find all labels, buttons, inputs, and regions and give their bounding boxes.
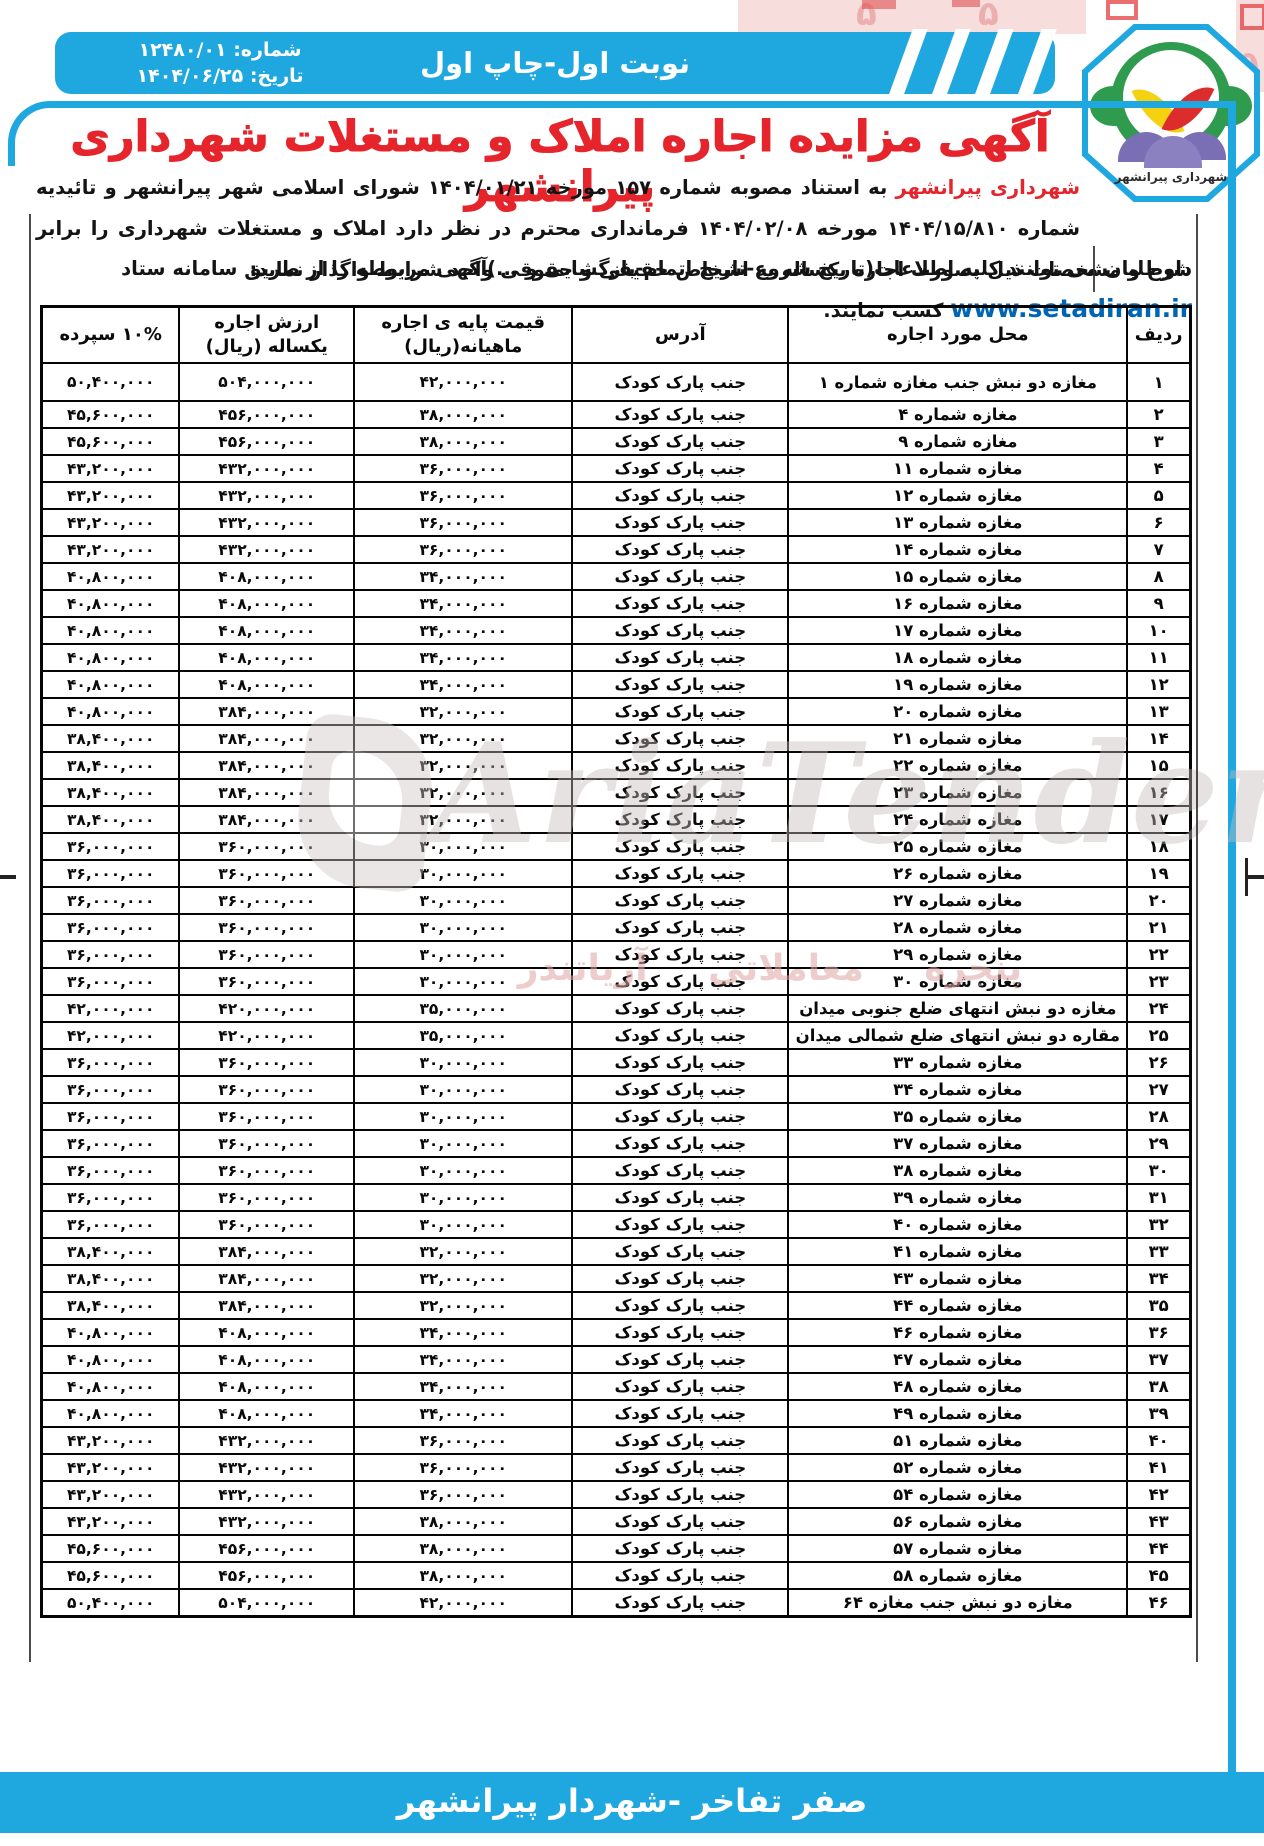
cell-row-number: ۲۵ <box>1127 1022 1190 1049</box>
cell-yearly-value: ۴۲۰,۰۰۰,۰۰۰ <box>179 995 354 1022</box>
masthead-bar: شماره: ۱۲۴۸۰/۰۱ تاریخ: ۱۴۰۴/۰۶/۲۵ نوبت ا… <box>55 32 1055 94</box>
cell-monthly-rent: ۴۲,۰۰۰,۰۰۰ <box>354 1589 572 1617</box>
cell-yearly-value: ۴۰۸,۰۰۰,۰۰۰ <box>179 590 354 617</box>
cell-place: مغازه شماره ۵۷ <box>788 1535 1127 1562</box>
table-row: ۲۱مغازه شماره ۲۸جنب پارک کودک۳۰,۰۰۰,۰۰۰۳… <box>42 914 1191 941</box>
cell-place: مغازه شماره ۲۹ <box>788 941 1127 968</box>
cell-row-number: ۲۴ <box>1127 995 1190 1022</box>
cell-yearly-value: ۴۰۸,۰۰۰,۰۰۰ <box>179 1319 354 1346</box>
cell-row-number: ۲۷ <box>1127 1076 1190 1103</box>
cell-address: جنب پارک کودک <box>572 1049 788 1076</box>
cell-address: جنب پارک کودک <box>572 806 788 833</box>
cell-row-number: ۲ <box>1127 401 1190 428</box>
cell-row-number: ۱۰ <box>1127 617 1190 644</box>
cell-place: مغازه شماره ۲۳ <box>788 779 1127 806</box>
cell-address: جنب پارک کودک <box>572 563 788 590</box>
table-row: ۷مغازه شماره ۱۴جنب پارک کودک۳۶,۰۰۰,۰۰۰۴۳… <box>42 536 1191 563</box>
table-row: ۴مغازه شماره ۱۱جنب پارک کودک۳۶,۰۰۰,۰۰۰۴۳… <box>42 455 1191 482</box>
table-row: ۳۹مغازه شماره ۴۹جنب پارک کودک۳۴,۰۰۰,۰۰۰۴… <box>42 1400 1191 1427</box>
cell-monthly-rent: ۳۶,۰۰۰,۰۰۰ <box>354 1427 572 1454</box>
cell-deposit: ۳۸,۴۰۰,۰۰۰ <box>42 806 180 833</box>
cell-place: مغازه شماره ۱۹ <box>788 671 1127 698</box>
cell-row-number: ۳۴ <box>1127 1265 1190 1292</box>
cell-address: جنب پارک کودک <box>572 428 788 455</box>
cell-monthly-rent: ۳۰,۰۰۰,۰۰۰ <box>354 1130 572 1157</box>
table-row: ۴۲مغازه شماره ۵۴جنب پارک کودک۳۶,۰۰۰,۰۰۰۴… <box>42 1481 1191 1508</box>
table-row: ۳۸مغازه شماره ۴۸جنب پارک کودک۳۴,۰۰۰,۰۰۰۴… <box>42 1373 1191 1400</box>
cell-address: جنب پارک کودک <box>572 1022 788 1049</box>
register-mark-right <box>1248 875 1264 879</box>
table-row: ۴۶مغازه دو نبش جنب مغازه ۶۴جنب پارک کودک… <box>42 1589 1191 1617</box>
cell-deposit: ۳۶,۰۰۰,۰۰۰ <box>42 968 180 995</box>
header-place: محل مورد اجاره <box>788 307 1127 364</box>
table-row: ۳۱مغازه شماره ۳۹جنب پارک کودک۳۰,۰۰۰,۰۰۰۳… <box>42 1184 1191 1211</box>
cell-yearly-value: ۴۳۲,۰۰۰,۰۰۰ <box>179 1427 354 1454</box>
cell-monthly-rent: ۳۰,۰۰۰,۰۰۰ <box>354 833 572 860</box>
table-row: ۲۷مغازه شماره ۳۴جنب پارک کودک۳۰,۰۰۰,۰۰۰۳… <box>42 1076 1191 1103</box>
cell-deposit: ۴۳,۲۰۰,۰۰۰ <box>42 509 180 536</box>
table-row: ۸مغازه شماره ۱۵جنب پارک کودک۳۴,۰۰۰,۰۰۰۴۰… <box>42 563 1191 590</box>
cell-yearly-value: ۳۶۰,۰۰۰,۰۰۰ <box>179 1157 354 1184</box>
table-row: ۲۹مغازه شماره ۳۷جنب پارک کودک۳۰,۰۰۰,۰۰۰۳… <box>42 1130 1191 1157</box>
cell-address: جنب پارک کودک <box>572 1184 788 1211</box>
cell-address: جنب پارک کودک <box>572 1454 788 1481</box>
cell-place: مغازه شماره ۳۹ <box>788 1184 1127 1211</box>
footer-bar: صفر تفاخر -شهردار پیرانشهر <box>0 1772 1264 1833</box>
cell-place: مغازه شماره ۳۷ <box>788 1130 1127 1157</box>
cell-address: جنب پارک کودک <box>572 1427 788 1454</box>
cell-deposit: ۴۰,۸۰۰,۰۰۰ <box>42 1319 180 1346</box>
cell-monthly-rent: ۳۰,۰۰۰,۰۰۰ <box>354 1049 572 1076</box>
cell-address: جنب پارک کودک <box>572 1589 788 1617</box>
cell-monthly-rent: ۳۰,۰۰۰,۰۰۰ <box>354 968 572 995</box>
header-yearly-value: ارزش اجاره یکساله (ریال) <box>179 307 354 364</box>
cell-deposit: ۳۶,۰۰۰,۰۰۰ <box>42 1157 180 1184</box>
cell-row-number: ۱۹ <box>1127 860 1190 887</box>
table-row: ۴۱مغازه شماره ۵۲جنب پارک کودک۳۶,۰۰۰,۰۰۰۴… <box>42 1454 1191 1481</box>
cell-yearly-value: ۳۶۰,۰۰۰,۰۰۰ <box>179 887 354 914</box>
cell-monthly-rent: ۳۲,۰۰۰,۰۰۰ <box>354 1292 572 1319</box>
cell-yearly-value: ۳۶۰,۰۰۰,۰۰۰ <box>179 1130 354 1157</box>
cell-deposit: ۳۶,۰۰۰,۰۰۰ <box>42 1130 180 1157</box>
header-address: آدرس <box>572 307 788 364</box>
cell-deposit: ۴۳,۲۰۰,۰۰۰ <box>42 1481 180 1508</box>
register-mark-right-v <box>1245 858 1248 896</box>
table-row: ۱۴مغازه شماره ۲۱جنب پارک کودک۳۲,۰۰۰,۰۰۰۳… <box>42 725 1191 752</box>
cell-yearly-value: ۴۰۸,۰۰۰,۰۰۰ <box>179 1373 354 1400</box>
cell-address: جنب پارک کودک <box>572 1535 788 1562</box>
cell-deposit: ۳۸,۴۰۰,۰۰۰ <box>42 752 180 779</box>
cell-place: مغازه شماره ۵۴ <box>788 1481 1127 1508</box>
cell-monthly-rent: ۳۵,۰۰۰,۰۰۰ <box>354 995 572 1022</box>
column-rule-left <box>29 214 31 1662</box>
bar-stripe <box>887 29 927 99</box>
cell-row-number: ۵ <box>1127 482 1190 509</box>
cell-deposit: ۳۸,۴۰۰,۰۰۰ <box>42 1292 180 1319</box>
cell-monthly-rent: ۳۲,۰۰۰,۰۰۰ <box>354 779 572 806</box>
cell-yearly-value: ۴۳۲,۰۰۰,۰۰۰ <box>179 1481 354 1508</box>
cell-row-number: ۹ <box>1127 590 1190 617</box>
cell-row-number: ۳۰ <box>1127 1157 1190 1184</box>
cell-place: مغازه شماره ۲۲ <box>788 752 1127 779</box>
cell-row-number: ۴ <box>1127 455 1190 482</box>
newspaper-ad-page: ۵ ۵ ۵ شماره: ۱۲۴۸۰/۰۱ تاریخ: ۱۴۰۴/۰۶/۲۵ … <box>0 0 1264 1846</box>
cell-address: جنب پارک کودک <box>572 968 788 995</box>
cell-deposit: ۳۶,۰۰۰,۰۰۰ <box>42 833 180 860</box>
cell-row-number: ۲۸ <box>1127 1103 1190 1130</box>
cell-yearly-value: ۳۸۴,۰۰۰,۰۰۰ <box>179 1265 354 1292</box>
cell-row-number: ۱۸ <box>1127 833 1190 860</box>
cell-monthly-rent: ۳۴,۰۰۰,۰۰۰ <box>354 644 572 671</box>
cell-yearly-value: ۳۶۰,۰۰۰,۰۰۰ <box>179 968 354 995</box>
cell-deposit: ۵۰,۴۰۰,۰۰۰ <box>42 1589 180 1617</box>
table-row: ۱۷مغازه شماره ۲۴جنب پارک کودک۳۲,۰۰۰,۰۰۰۳… <box>42 806 1191 833</box>
cell-monthly-rent: ۳۰,۰۰۰,۰۰۰ <box>354 1184 572 1211</box>
cell-deposit: ۴۳,۲۰۰,۰۰۰ <box>42 1508 180 1535</box>
table-row: ۲۲مغازه شماره ۲۹جنب پارک کودک۳۰,۰۰۰,۰۰۰۳… <box>42 941 1191 968</box>
cell-monthly-rent: ۳۸,۰۰۰,۰۰۰ <box>354 1508 572 1535</box>
cell-deposit: ۴۰,۸۰۰,۰۰۰ <box>42 1373 180 1400</box>
cell-monthly-rent: ۳۰,۰۰۰,۰۰۰ <box>354 941 572 968</box>
cell-yearly-value: ۳۶۰,۰۰۰,۰۰۰ <box>179 1049 354 1076</box>
table-row: ۴۰مغازه شماره ۵۱جنب پارک کودک۳۶,۰۰۰,۰۰۰۴… <box>42 1427 1191 1454</box>
cell-deposit: ۴۰,۸۰۰,۰۰۰ <box>42 590 180 617</box>
table-row: ۲۴مغازه دو نبش انتهای ضلع جنوبی میدانجنب… <box>42 995 1191 1022</box>
cell-place: مغازه شماره ۴۱ <box>788 1238 1127 1265</box>
cell-row-number: ۴۰ <box>1127 1427 1190 1454</box>
table-row: ۱۹مغازه شماره ۲۶جنب پارک کودک۳۰,۰۰۰,۰۰۰۳… <box>42 860 1191 887</box>
cell-monthly-rent: ۳۴,۰۰۰,۰۰۰ <box>354 1346 572 1373</box>
cell-row-number: ۱۵ <box>1127 752 1190 779</box>
cell-monthly-rent: ۳۶,۰۰۰,۰۰۰ <box>354 482 572 509</box>
portal-text-pre: داوطلبان می توانند کلیه اطلاعات(تاریخ شر… <box>121 257 1192 280</box>
cell-deposit: ۵۰,۴۰۰,۰۰۰ <box>42 363 180 401</box>
cell-monthly-rent: ۳۸,۰۰۰,۰۰۰ <box>354 1535 572 1562</box>
ghost-blob <box>862 0 896 9</box>
cell-address: جنب پارک کودک <box>572 644 788 671</box>
register-mark-left <box>0 875 16 879</box>
cell-deposit: ۴۳,۲۰۰,۰۰۰ <box>42 536 180 563</box>
cell-deposit: ۴۳,۲۰۰,۰۰۰ <box>42 482 180 509</box>
cell-place: مغازه شماره ۵۶ <box>788 1508 1127 1535</box>
cell-monthly-rent: ۳۲,۰۰۰,۰۰۰ <box>354 806 572 833</box>
cell-row-number: ۱۷ <box>1127 806 1190 833</box>
cell-place: مغازه شماره ۲۶ <box>788 860 1127 887</box>
cell-row-number: ۱۳ <box>1127 698 1190 725</box>
cell-address: جنب پارک کودک <box>572 779 788 806</box>
cell-monthly-rent: ۳۶,۰۰۰,۰۰۰ <box>354 1481 572 1508</box>
cell-place: مغازه شماره ۴۸ <box>788 1373 1127 1400</box>
cell-address: جنب پارک کودک <box>572 1346 788 1373</box>
cell-row-number: ۲۶ <box>1127 1049 1190 1076</box>
cell-place: مغازه شماره ۱۳ <box>788 509 1127 536</box>
cell-place: مغازه شماره ۱۷ <box>788 617 1127 644</box>
table-row: ۵مغازه شماره ۱۲جنب پارک کودک۳۶,۰۰۰,۰۰۰۴۳… <box>42 482 1191 509</box>
cell-place: مغازه شماره ۲۰ <box>788 698 1127 725</box>
column-rule-right <box>1196 214 1198 1662</box>
cell-yearly-value: ۳۸۴,۰۰۰,۰۰۰ <box>179 806 354 833</box>
register-tick <box>1093 246 1095 292</box>
cell-place: مغازه شماره ۲۸ <box>788 914 1127 941</box>
table-row: ۱۵مغازه شماره ۲۲جنب پارک کودک۳۲,۰۰۰,۰۰۰۳… <box>42 752 1191 779</box>
cell-monthly-rent: ۳۶,۰۰۰,۰۰۰ <box>354 1454 572 1481</box>
cell-deposit: ۴۰,۸۰۰,۰۰۰ <box>42 563 180 590</box>
cell-deposit: ۳۸,۴۰۰,۰۰۰ <box>42 725 180 752</box>
ghost-digit: ۵ <box>978 0 999 34</box>
table-row: ۱۱مغازه شماره ۱۸جنب پارک کودک۳۴,۰۰۰,۰۰۰۴… <box>42 644 1191 671</box>
cell-place: مغازه شماره ۳۵ <box>788 1103 1127 1130</box>
cell-row-number: ۲۹ <box>1127 1130 1190 1157</box>
bar-stripe <box>1016 29 1056 99</box>
cell-monthly-rent: ۳۲,۰۰۰,۰۰۰ <box>354 752 572 779</box>
cell-place: مغازه دو نبش جنب مغازه ۶۴ <box>788 1589 1127 1617</box>
cell-row-number: ۳۷ <box>1127 1346 1190 1373</box>
cell-monthly-rent: ۳۲,۰۰۰,۰۰۰ <box>354 725 572 752</box>
cell-place: مغازه شماره ۴۹ <box>788 1400 1127 1427</box>
table-row: ۴۳مغازه شماره ۵۶جنب پارک کودک۳۸,۰۰۰,۰۰۰۴… <box>42 1508 1191 1535</box>
cell-row-number: ۱۴ <box>1127 725 1190 752</box>
cell-address: جنب پارک کودک <box>572 860 788 887</box>
cell-address: جنب پارک کودک <box>572 1076 788 1103</box>
cell-monthly-rent: ۳۶,۰۰۰,۰۰۰ <box>354 455 572 482</box>
cell-row-number: ۲۲ <box>1127 941 1190 968</box>
cell-monthly-rent: ۳۶,۰۰۰,۰۰۰ <box>354 509 572 536</box>
cell-monthly-rent: ۴۲,۰۰۰,۰۰۰ <box>354 363 572 401</box>
table-row: ۳۳مغازه شماره ۴۱جنب پارک کودک۳۲,۰۰۰,۰۰۰۳… <box>42 1238 1191 1265</box>
table-row: ۳۵مغازه شماره ۴۴جنب پارک کودک۳۲,۰۰۰,۰۰۰۳… <box>42 1292 1191 1319</box>
cell-address: جنب پارک کودک <box>572 455 788 482</box>
cell-address: جنب پارک کودک <box>572 536 788 563</box>
cell-deposit: ۳۶,۰۰۰,۰۰۰ <box>42 1103 180 1130</box>
cell-row-number: ۳۲ <box>1127 1211 1190 1238</box>
table-row: ۴۴مغازه شماره ۵۷جنب پارک کودک۳۸,۰۰۰,۰۰۰۴… <box>42 1535 1191 1562</box>
cell-yearly-value: ۴۲۰,۰۰۰,۰۰۰ <box>179 1022 354 1049</box>
bar-stripe <box>930 29 970 99</box>
cell-yearly-value: ۴۳۲,۰۰۰,۰۰۰ <box>179 1508 354 1535</box>
cell-row-number: ۳۹ <box>1127 1400 1190 1427</box>
cell-row-number: ۱۲ <box>1127 671 1190 698</box>
cell-row-number: ۸ <box>1127 563 1190 590</box>
cell-place: مغازه دو نبش انتهای ضلع جنوبی میدان <box>788 995 1127 1022</box>
cell-monthly-rent: ۳۰,۰۰۰,۰۰۰ <box>354 860 572 887</box>
cell-deposit: ۴۰,۸۰۰,۰۰۰ <box>42 698 180 725</box>
header-row-number: ردیف <box>1127 307 1190 364</box>
cell-yearly-value: ۳۶۰,۰۰۰,۰۰۰ <box>179 1211 354 1238</box>
cell-yearly-value: ۴۰۸,۰۰۰,۰۰۰ <box>179 1400 354 1427</box>
cell-yearly-value: ۵۰۴,۰۰۰,۰۰۰ <box>179 363 354 401</box>
mayor-signature: صفر تفاخر -شهردار پیرانشهر <box>0 1772 1264 1833</box>
cell-deposit: ۴۰,۸۰۰,۰۰۰ <box>42 617 180 644</box>
cell-monthly-rent: ۳۰,۰۰۰,۰۰۰ <box>354 1103 572 1130</box>
cell-yearly-value: ۳۸۴,۰۰۰,۰۰۰ <box>179 725 354 752</box>
bar-stripe <box>973 29 1013 99</box>
cell-row-number: ۱۱ <box>1127 644 1190 671</box>
cell-place: مغازه شماره ۲۴ <box>788 806 1127 833</box>
cell-deposit: ۳۸,۴۰۰,۰۰۰ <box>42 779 180 806</box>
cell-place: مغازه شماره ۴۰ <box>788 1211 1127 1238</box>
table-row: ۱۳مغازه شماره ۲۰جنب پارک کودک۳۲,۰۰۰,۰۰۰۳… <box>42 698 1191 725</box>
cell-deposit: ۴۰,۸۰۰,۰۰۰ <box>42 1400 180 1427</box>
cell-place: مغازه شماره ۳۸ <box>788 1157 1127 1184</box>
cell-deposit: ۴۰,۸۰۰,۰۰۰ <box>42 671 180 698</box>
cell-place: مغازه شماره ۱۵ <box>788 563 1127 590</box>
cell-address: جنب پارک کودک <box>572 1508 788 1535</box>
table-row: ۲۵مقاره دو نبش انتهای ضلع شمالی میدانجنب… <box>42 1022 1191 1049</box>
cell-yearly-value: ۴۵۶,۰۰۰,۰۰۰ <box>179 401 354 428</box>
table-row: ۳مغازه شماره ۹جنب پارک کودک۳۸,۰۰۰,۰۰۰۴۵۶… <box>42 428 1191 455</box>
cell-address: جنب پارک کودک <box>572 363 788 401</box>
table-row: ۲۳مغازه شماره ۳۰جنب پارک کودک۳۰,۰۰۰,۰۰۰۳… <box>42 968 1191 995</box>
cell-monthly-rent: ۳۴,۰۰۰,۰۰۰ <box>354 563 572 590</box>
cell-monthly-rent: ۳۴,۰۰۰,۰۰۰ <box>354 1400 572 1427</box>
cell-yearly-value: ۴۰۸,۰۰۰,۰۰۰ <box>179 671 354 698</box>
cell-deposit: ۴۳,۲۰۰,۰۰۰ <box>42 455 180 482</box>
header-monthly-rent: قیمت پایه ی اجاره ماهیانه(ریال) <box>354 307 572 364</box>
cell-monthly-rent: ۳۰,۰۰۰,۰۰۰ <box>354 914 572 941</box>
cell-yearly-value: ۴۳۲,۰۰۰,۰۰۰ <box>179 536 354 563</box>
cell-monthly-rent: ۳۰,۰۰۰,۰۰۰ <box>354 887 572 914</box>
cell-yearly-value: ۳۶۰,۰۰۰,۰۰۰ <box>179 1076 354 1103</box>
cell-deposit: ۴۲,۰۰۰,۰۰۰ <box>42 995 180 1022</box>
cell-deposit: ۳۶,۰۰۰,۰۰۰ <box>42 1049 180 1076</box>
cell-yearly-value: ۴۰۸,۰۰۰,۰۰۰ <box>179 617 354 644</box>
cell-yearly-value: ۴۰۸,۰۰۰,۰۰۰ <box>179 644 354 671</box>
cell-row-number: ۲۰ <box>1127 887 1190 914</box>
cell-row-number: ۴۶ <box>1127 1589 1190 1617</box>
cell-yearly-value: ۴۵۶,۰۰۰,۰۰۰ <box>179 1562 354 1589</box>
cell-yearly-value: ۳۶۰,۰۰۰,۰۰۰ <box>179 833 354 860</box>
cell-deposit: ۴۵,۶۰۰,۰۰۰ <box>42 1535 180 1562</box>
table-row: ۳۰مغازه شماره ۳۸جنب پارک کودک۳۰,۰۰۰,۰۰۰۳… <box>42 1157 1191 1184</box>
cell-yearly-value: ۳۶۰,۰۰۰,۰۰۰ <box>179 1103 354 1130</box>
cell-address: جنب پارک کودک <box>572 617 788 644</box>
cell-monthly-rent: ۳۰,۰۰۰,۰۰۰ <box>354 1157 572 1184</box>
cell-monthly-rent: ۳۲,۰۰۰,۰۰۰ <box>354 1265 572 1292</box>
cell-yearly-value: ۴۵۶,۰۰۰,۰۰۰ <box>179 1535 354 1562</box>
cell-row-number: ۳۶ <box>1127 1319 1190 1346</box>
cell-row-number: ۳۸ <box>1127 1373 1190 1400</box>
cell-row-number: ۱ <box>1127 363 1190 401</box>
cell-monthly-rent: ۳۴,۰۰۰,۰۰۰ <box>354 1373 572 1400</box>
cell-address: جنب پارک کودک <box>572 1562 788 1589</box>
cell-yearly-value: ۳۸۴,۰۰۰,۰۰۰ <box>179 698 354 725</box>
cell-yearly-value: ۳۶۰,۰۰۰,۰۰۰ <box>179 860 354 887</box>
cell-place: مغازه شماره ۴ <box>788 401 1127 428</box>
table-row: ۲۸مغازه شماره ۳۵جنب پارک کودک۳۰,۰۰۰,۰۰۰۳… <box>42 1103 1191 1130</box>
cell-address: جنب پارک کودک <box>572 1292 788 1319</box>
cell-row-number: ۴۵ <box>1127 1562 1190 1589</box>
cell-deposit: ۴۲,۰۰۰,۰۰۰ <box>42 1022 180 1049</box>
cell-row-number: ۴۴ <box>1127 1535 1190 1562</box>
table-row: ۳۶مغازه شماره ۴۶جنب پارک کودک۳۴,۰۰۰,۰۰۰۴… <box>42 1319 1191 1346</box>
cell-row-number: ۲۳ <box>1127 968 1190 995</box>
cell-place: مغازه شماره ۴۷ <box>788 1346 1127 1373</box>
cell-address: جنب پارک کودک <box>572 1157 788 1184</box>
cell-deposit: ۳۶,۰۰۰,۰۰۰ <box>42 941 180 968</box>
cell-yearly-value: ۳۶۰,۰۰۰,۰۰۰ <box>179 1184 354 1211</box>
cell-address: جنب پارک کودک <box>572 941 788 968</box>
cell-address: جنب پارک کودک <box>572 698 788 725</box>
cell-address: جنب پارک کودک <box>572 833 788 860</box>
cell-monthly-rent: ۳۴,۰۰۰,۰۰۰ <box>354 590 572 617</box>
cell-row-number: ۲۱ <box>1127 914 1190 941</box>
cell-address: جنب پارک کودک <box>572 1265 788 1292</box>
edition-label: نوبت اول-چاپ اول <box>315 32 795 94</box>
header-deposit: ۱۰% سپرده <box>42 307 180 364</box>
cell-yearly-value: ۴۰۸,۰۰۰,۰۰۰ <box>179 563 354 590</box>
cell-row-number: ۳ <box>1127 428 1190 455</box>
cell-place: مغازه شماره ۱۱ <box>788 455 1127 482</box>
cell-row-number: ۳۳ <box>1127 1238 1190 1265</box>
cell-monthly-rent: ۳۰,۰۰۰,۰۰۰ <box>354 1211 572 1238</box>
cell-row-number: ۷ <box>1127 536 1190 563</box>
table-row: ۴۵مغازه شماره ۵۸جنب پارک کودک۳۸,۰۰۰,۰۰۰۴… <box>42 1562 1191 1589</box>
cell-yearly-value: ۴۵۶,۰۰۰,۰۰۰ <box>179 428 354 455</box>
logo-wrap-spacer <box>1080 167 1192 209</box>
cell-place: مغازه شماره ۴۳ <box>788 1265 1127 1292</box>
table-row: ۹مغازه شماره ۱۶جنب پارک کودک۳۴,۰۰۰,۰۰۰۴۰… <box>42 590 1191 617</box>
cell-place: مغازه شماره ۵۸ <box>788 1562 1127 1589</box>
cell-yearly-value: ۳۸۴,۰۰۰,۰۰۰ <box>179 779 354 806</box>
cell-address: جنب پارک کودک <box>572 914 788 941</box>
cell-yearly-value: ۳۸۴,۰۰۰,۰۰۰ <box>179 1238 354 1265</box>
cell-place: مغازه شماره ۱۴ <box>788 536 1127 563</box>
cell-address: جنب پارک کودک <box>572 887 788 914</box>
cell-deposit: ۴۵,۶۰۰,۰۰۰ <box>42 401 180 428</box>
cell-yearly-value: ۳۶۰,۰۰۰,۰۰۰ <box>179 914 354 941</box>
ghost-blob <box>952 0 980 7</box>
cell-deposit: ۳۶,۰۰۰,۰۰۰ <box>42 1211 180 1238</box>
cell-address: جنب پارک کودک <box>572 1373 788 1400</box>
cell-address: جنب پارک کودک <box>572 752 788 779</box>
cell-address: جنب پارک کودک <box>572 1130 788 1157</box>
rental-properties-table: ردیف محل مورد اجاره آدرس قیمت پایه ی اجا… <box>40 305 1192 1618</box>
cell-row-number: ۶ <box>1127 509 1190 536</box>
cell-yearly-value: ۴۳۲,۰۰۰,۰۰۰ <box>179 1454 354 1481</box>
cell-deposit: ۴۵,۶۰۰,۰۰۰ <box>42 428 180 455</box>
table-header-row: ردیف محل مورد اجاره آدرس قیمت پایه ی اجا… <box>42 307 1191 364</box>
cell-yearly-value: ۴۳۲,۰۰۰,۰۰۰ <box>179 482 354 509</box>
cell-deposit: ۳۸,۴۰۰,۰۰۰ <box>42 1265 180 1292</box>
cell-address: جنب پارک کودک <box>572 1400 788 1427</box>
cell-place: مغازه شماره ۳۴ <box>788 1076 1127 1103</box>
cell-yearly-value: ۳۸۴,۰۰۰,۰۰۰ <box>179 752 354 779</box>
cell-deposit: ۳۸,۴۰۰,۰۰۰ <box>42 1238 180 1265</box>
cell-place: مغازه شماره ۲۷ <box>788 887 1127 914</box>
table-row: ۱۶مغازه شماره ۲۳جنب پارک کودک۳۲,۰۰۰,۰۰۰۳… <box>42 779 1191 806</box>
cell-monthly-rent: ۳۴,۰۰۰,۰۰۰ <box>354 617 572 644</box>
cell-address: جنب پارک کودک <box>572 590 788 617</box>
table-row: ۱مغازه دو نبش جنب مغازه شماره ۱جنب پارک … <box>42 363 1191 401</box>
cell-row-number: ۳۱ <box>1127 1184 1190 1211</box>
cell-address: جنب پارک کودک <box>572 1238 788 1265</box>
cell-place: مغازه شماره ۳۳ <box>788 1049 1127 1076</box>
cell-row-number: ۳۵ <box>1127 1292 1190 1319</box>
cell-place: مغازه شماره ۱۸ <box>788 644 1127 671</box>
table-row: ۳۷مغازه شماره ۴۷جنب پارک کودک۳۴,۰۰۰,۰۰۰۴… <box>42 1346 1191 1373</box>
cell-place: مغازه شماره ۲۱ <box>788 725 1127 752</box>
cell-monthly-rent: ۳۲,۰۰۰,۰۰۰ <box>354 698 572 725</box>
cell-monthly-rent: ۳۰,۰۰۰,۰۰۰ <box>354 1076 572 1103</box>
table-row: ۳۴مغازه شماره ۴۳جنب پارک کودک۳۲,۰۰۰,۰۰۰۳… <box>42 1265 1191 1292</box>
cell-row-number: ۴۱ <box>1127 1454 1190 1481</box>
cell-address: جنب پارک کودک <box>572 995 788 1022</box>
ghost-square <box>1106 0 1138 20</box>
cell-deposit: ۴۰,۸۰۰,۰۰۰ <box>42 644 180 671</box>
cell-deposit: ۴۳,۲۰۰,۰۰۰ <box>42 1427 180 1454</box>
cell-yearly-value: ۴۰۸,۰۰۰,۰۰۰ <box>179 1346 354 1373</box>
cell-monthly-rent: ۳۶,۰۰۰,۰۰۰ <box>354 536 572 563</box>
